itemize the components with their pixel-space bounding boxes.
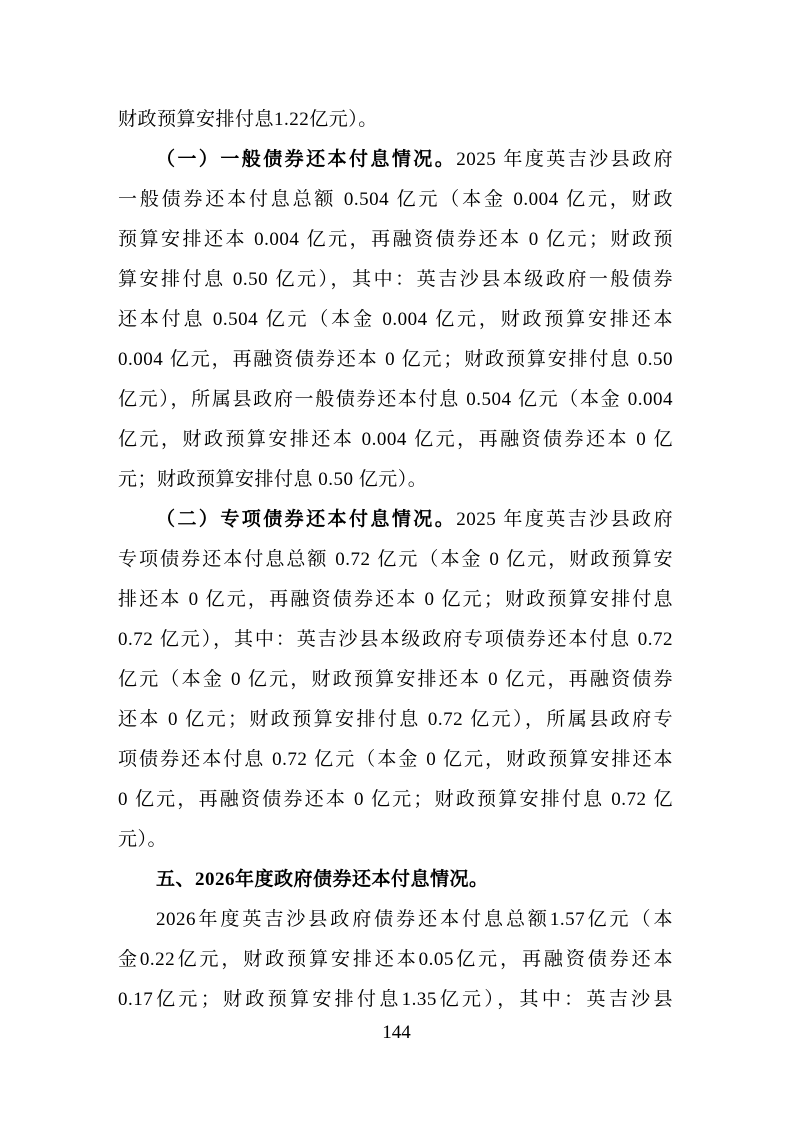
text-line: 五、2026年度政府债券还本付息情况。 [118,860,673,900]
line-text: 预算安排还本 0.004 亿元，再融资债券还本 0 亿元；财政预 [118,229,673,250]
bold-lead: （二）专项债券还本付息情况。 [156,509,456,530]
text-line: 元）。 [118,820,673,860]
line-text: 2026年度英吉沙县政府债券还本付息总额1.57亿元（本 [156,909,673,930]
text-line: 0.72 亿元），其中：英吉沙县本级政府专项债券还本付息 0.72 [118,620,673,660]
line-text: 亿元（本金 0 亿元，财政预算安排还本 0 亿元，再融资债券 [118,669,673,690]
line-text: 2025 年度英吉沙县政府 [456,149,673,170]
line-text: 算安排付息 0.50 亿元），其中：英吉沙县本级政府一般债券 [118,269,673,290]
text-line: 亿元，财政预算安排还本 0.004 亿元，再融资债券还本 0 亿 [118,420,673,460]
text-line: 财政预算安排付息1.22亿元）。 [118,100,673,140]
text-line: 还本 0 亿元；财政预算安排付息 0.72 亿元），所属县政府专 [118,700,673,740]
line-text: 项债券还本付息 0.72 亿元（本金 0 亿元，财政预算安排还本 [118,749,673,770]
text-line: 一般债券还本付息总额 0.504 亿元（本金 0.004 亿元，财政 [118,180,673,220]
line-text: 还本 0 亿元；财政预算安排付息 0.72 亿元），所属县政府专 [118,709,673,730]
text-line: 项债券还本付息 0.72 亿元（本金 0 亿元，财政预算安排还本 [118,740,673,780]
line-text: 元）。 [118,829,167,850]
line-text: 排还本 0 亿元，再融资债券还本 0 亿元；财政预算安排付息 [118,589,673,610]
line-text: 0.004 亿元，再融资债券还本 0 亿元；财政预算安排付息 0.50 [118,349,673,370]
line-text: 财政预算安排付息1.22亿元）。 [118,109,378,130]
document-body: 财政预算安排付息1.22亿元）。（一）一般债券还本付息情况。2025 年度英吉沙… [118,100,673,1020]
text-line: 0.17亿元；财政预算安排付息1.35亿元），其中：英吉沙县 [118,980,673,1020]
text-line: 金0.22亿元，财政预算安排还本0.05亿元，再融资债券还本 [118,940,673,980]
line-text: 元；财政预算安排付息 0.50 亿元）。 [118,469,427,490]
line-text: 0.72 亿元），其中：英吉沙县本级政府专项债券还本付息 0.72 [118,629,673,650]
text-line: 元；财政预算安排付息 0.50 亿元）。 [118,460,673,500]
line-text: 亿元），所属县政府一般债券还本付息 0.504 亿元（本金 0.004 [118,389,673,410]
text-line: 排还本 0 亿元，再融资债券还本 0 亿元；财政预算安排付息 [118,580,673,620]
text-line: 亿元（本金 0 亿元，财政预算安排还本 0 亿元，再融资债券 [118,660,673,700]
line-text: 一般债券还本付息总额 0.504 亿元（本金 0.004 亿元，财政 [118,189,673,210]
text-line: 0 亿元，再融资债券还本 0 亿元；财政预算安排付息 0.72 亿 [118,780,673,820]
text-line: 算安排付息 0.50 亿元），其中：英吉沙县本级政府一般债券 [118,260,673,300]
text-line: 0.004 亿元，再融资债券还本 0 亿元；财政预算安排付息 0.50 [118,340,673,380]
text-line: （二）专项债券还本付息情况。2025 年度英吉沙县政府 [118,500,673,540]
line-text: 0 亿元，再融资债券还本 0 亿元；财政预算安排付息 0.72 亿 [118,789,673,810]
bold-lead: 五、2026年度政府债券还本付息情况。 [156,869,489,890]
line-text: 金0.22亿元，财政预算安排还本0.05亿元，再融资债券还本 [118,949,673,970]
text-line: 亿元），所属县政府一般债券还本付息 0.504 亿元（本金 0.004 [118,380,673,420]
line-text: 0.17亿元；财政预算安排付息1.35亿元），其中：英吉沙县 [118,989,673,1010]
document-page: 财政预算安排付息1.22亿元）。（一）一般债券还本付息情况。2025 年度英吉沙… [0,0,793,1122]
page-number: 144 [0,1018,793,1048]
text-line: 2026年度英吉沙县政府债券还本付息总额1.57亿元（本 [118,900,673,940]
text-line: 还本付息 0.504 亿元（本金 0.004 亿元，财政预算安排还本 [118,300,673,340]
text-line: 专项债券还本付息总额 0.72 亿元（本金 0 亿元，财政预算安 [118,540,673,580]
bold-lead: （一）一般债券还本付息情况。 [156,149,456,170]
line-text: 专项债券还本付息总额 0.72 亿元（本金 0 亿元，财政预算安 [118,549,673,570]
line-text: 2025 年度英吉沙县政府 [456,509,673,530]
text-line: （一）一般债券还本付息情况。2025 年度英吉沙县政府 [118,140,673,180]
line-text: 亿元，财政预算安排还本 0.004 亿元，再融资债券还本 0 亿 [118,429,673,450]
text-line: 预算安排还本 0.004 亿元，再融资债券还本 0 亿元；财政预 [118,220,673,260]
line-text: 还本付息 0.504 亿元（本金 0.004 亿元，财政预算安排还本 [118,309,673,330]
